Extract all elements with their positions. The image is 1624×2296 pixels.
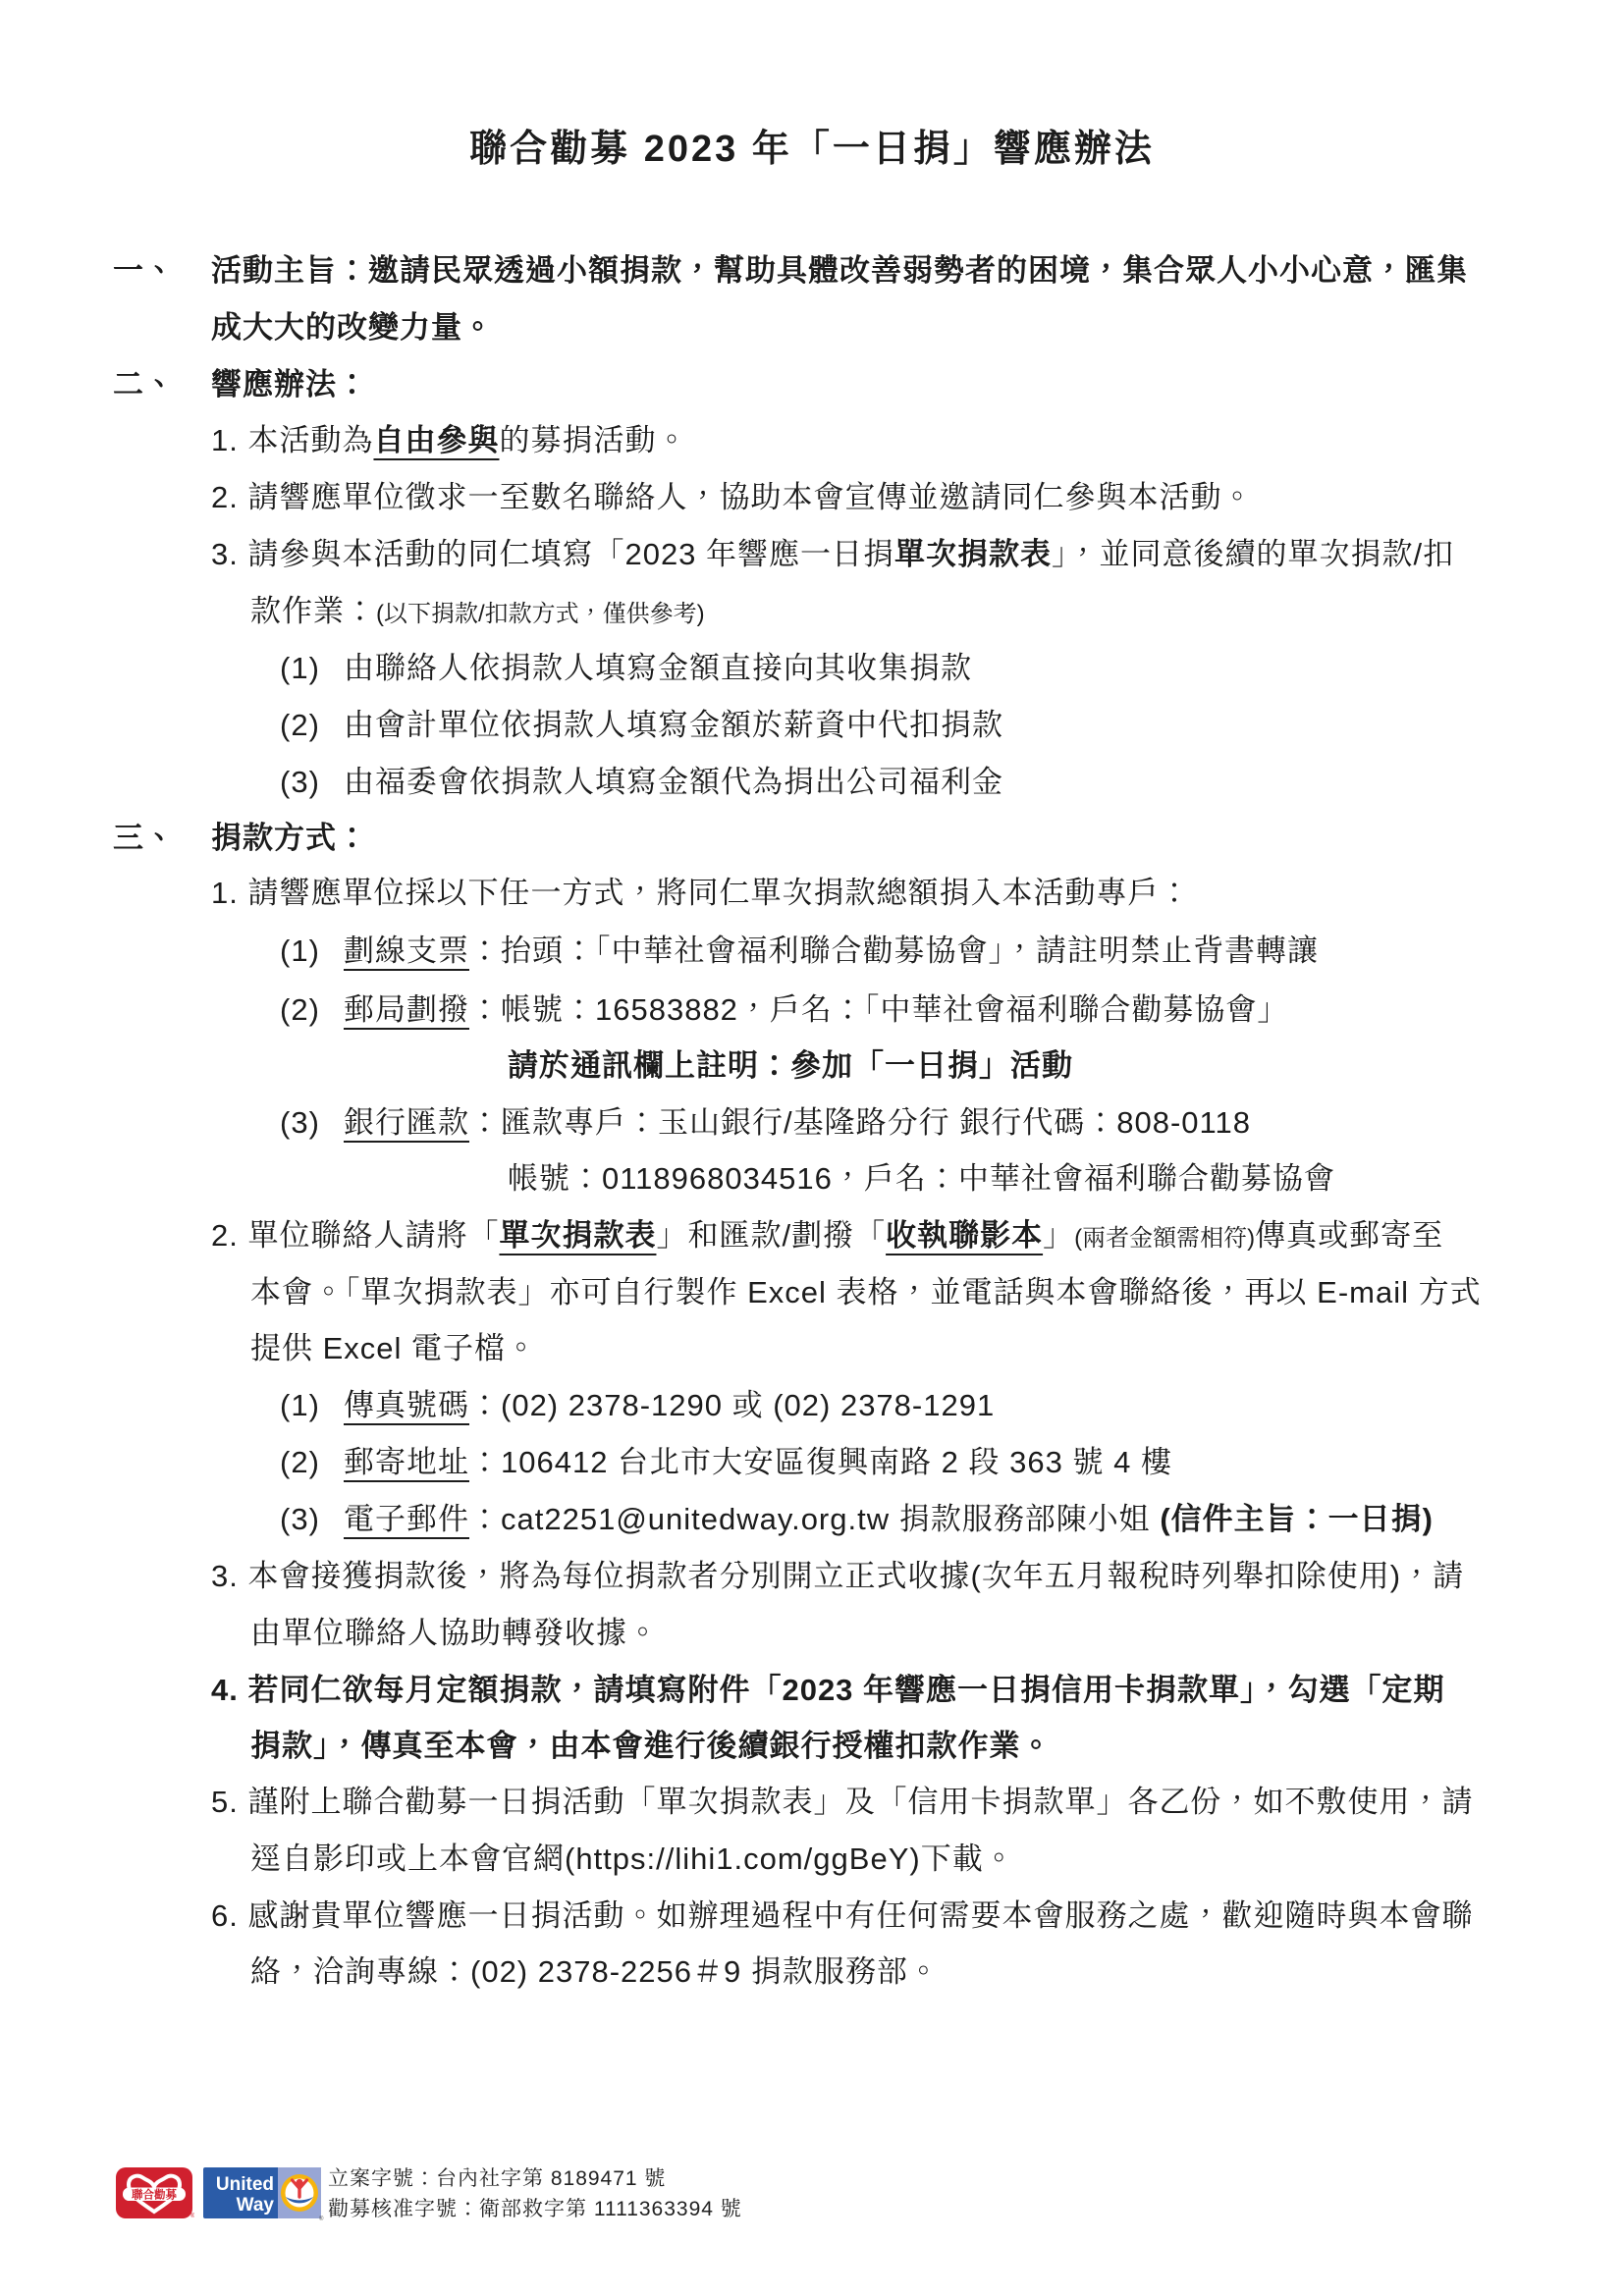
section2-subitem2: (2)由會計單位依捐款人填寫金額於薪資中代扣捐款 bbox=[280, 700, 1003, 744]
method1-number: (1) bbox=[280, 934, 344, 969]
section1-heading-line2: 成大大的改變力量。 bbox=[211, 302, 494, 347]
united-way-taiwan-heart-logo: 聯合勸募 ® bbox=[116, 2167, 194, 2219]
method2-label: 郵局劃撥 bbox=[344, 992, 469, 1027]
contact3-subject: (信件主旨：一日捐) bbox=[1160, 1502, 1434, 1536]
subitem2-number: (2) bbox=[280, 708, 344, 743]
section2-marker: 二、 bbox=[113, 359, 211, 403]
contact-email: (3)電子郵件：cat2251@unitedway.org.tw 捐款服務部陳小… bbox=[280, 1494, 1434, 1538]
section3-item6-line2: 絡，洽詢專線：(02) 2378-2256＃9 捐款服務部。 bbox=[250, 1947, 940, 1991]
contact3-label: 電子郵件 bbox=[344, 1502, 469, 1536]
contact-fax: (1)傳真號碼：(02) 2378-1290 或 (02) 2378-1291 bbox=[280, 1380, 995, 1424]
registered-mark-icon: ® bbox=[319, 2216, 324, 2221]
method1-label: 劃線支票 bbox=[344, 934, 469, 968]
subitem3-number: (3) bbox=[280, 765, 344, 800]
section2-item3-note: (以下捐款/扣款方式，僅供參考) bbox=[376, 601, 705, 627]
contact2-text: ：106412 台北市大安區復興南路 2 段 363 號 4 樓 bbox=[469, 1445, 1172, 1479]
section3-item6-line1: 6. 感謝貴單位響應一日捐活動。如辦理過程中有任何需要本會服務之處，歡迎隨時與本… bbox=[211, 1891, 1473, 1935]
contact2-label: 郵寄地址 bbox=[344, 1445, 469, 1479]
section2-heading-line: 二、響應辦法： bbox=[113, 359, 368, 403]
red-logo-label: 聯合勸募 bbox=[132, 2188, 177, 2202]
method3-label: 銀行匯款 bbox=[344, 1105, 469, 1140]
section1-heading: 活動主旨：邀請民眾透過小額捐款，幫助具體改善弱勢者的困境，集合眾人小小心意，匯集 bbox=[211, 253, 1468, 288]
section2-item3-post: 」，並同意後續的單次捐款/扣 bbox=[1052, 537, 1454, 571]
section3-heading: 捐款方式： bbox=[211, 821, 368, 855]
document-page: 聯合勸募 2023 年「一日捐」響應辦法 一、活動主旨：邀請民眾透過小額捐款，幫… bbox=[0, 0, 1624, 2296]
united-way-word2: Way bbox=[237, 2195, 275, 2216]
method2-text: ：帳號：16583882，戶名：「中華社會福利聯合勸募協會」 bbox=[469, 992, 1288, 1027]
contact3-number: (3) bbox=[280, 1502, 344, 1537]
section3-marker: 三、 bbox=[113, 813, 211, 857]
contact1-text: ：(02) 2378-1290 或 (02) 2378-1291 bbox=[469, 1388, 995, 1422]
item2-emphasis2: 收執聯影本 bbox=[886, 1218, 1043, 1253]
contact1-number: (1) bbox=[280, 1388, 344, 1423]
contact-mail: (2)郵寄地址：106412 台北市大安區復興南路 2 段 363 號 4 樓 bbox=[280, 1437, 1172, 1481]
section2-heading: 響應辦法： bbox=[211, 367, 368, 401]
section3-item2-line2: 本會。「單次捐款表」亦可自行製作 Excel 表格，並電話與本會聯絡後，再以 E… bbox=[250, 1267, 1482, 1311]
section2-subitem3: (3)由福委會依捐款人填寫金額代為捐出公司福利金 bbox=[280, 757, 1003, 801]
item2-post: 傳真或郵寄至 bbox=[1255, 1218, 1443, 1253]
section3-item3-line2: 由單位聯絡人協助轉發收據。 bbox=[250, 1608, 659, 1652]
section3-item2-line1: 2. 單位聯絡人請將「單次捐款表」和匯款/劃撥「收執聯影本」(兩者金額需相符)傳… bbox=[211, 1210, 1443, 1255]
section3-item4-line2: 捐款」，傳真至本會，由本會進行後續銀行授權扣款作業。 bbox=[250, 1721, 1053, 1765]
subitem2-text: 由會計單位依捐款人填寫金額於薪資中代扣捐款 bbox=[344, 708, 1003, 742]
payment-method-check: (1)劃線支票：抬頭：「中華社會福利聯合勸募協會」，請註明禁止背書轉讓 bbox=[280, 926, 1319, 970]
section3-item4-line1: 4. 若同仁欲每月定額捐款，請填寫附件「2023 年響應一日捐信用卡捐款單」，勾… bbox=[211, 1665, 1445, 1709]
section2-item3-line1: 3. 請參與本活動的同仁填寫「2023 年響應一日捐單次捐款表」，並同意後續的單… bbox=[211, 529, 1454, 573]
section2-item1-emphasis: 自由參與 bbox=[373, 423, 499, 457]
contact2-number: (2) bbox=[280, 1445, 344, 1480]
method2-number: (2) bbox=[280, 992, 344, 1028]
contact1-label: 傳真號碼 bbox=[344, 1388, 469, 1422]
section3-item1: 1. 請響應單位採以下任一方式，將同仁單次捐款總額捐入本活動專戶： bbox=[211, 868, 1190, 912]
payment-method-post-note: 請於通訊欄上註明：參加「一日捐」活動 bbox=[508, 1041, 1073, 1085]
registered-mark-icon: ® bbox=[190, 2213, 194, 2219]
registration-line1: 立案字號：台內社字第 8189471 號 bbox=[328, 2163, 742, 2194]
contact3-text: ：cat2251@unitedway.org.tw 捐款服務部陳小姐 bbox=[469, 1502, 1160, 1536]
section2-item3-cont: 款作業： bbox=[250, 594, 376, 628]
united-way-logo: United Way ® bbox=[203, 2167, 325, 2221]
subitem1-number: (1) bbox=[280, 651, 344, 686]
payment-method-post: (2)郵局劃撥：帳號：16583882，戶名：「中華社會福利聯合勸募協會」 bbox=[280, 985, 1288, 1029]
section2-item3-line2: 款作業：(以下捐款/扣款方式，僅供參考) bbox=[250, 586, 705, 630]
subitem1-text: 由聯絡人依捐款人填寫金額直接向其收集捐款 bbox=[344, 651, 972, 685]
item2-mid1: 」和匯款/劃撥「 bbox=[656, 1218, 886, 1253]
section3-heading-line: 三、捐款方式： bbox=[113, 813, 368, 857]
section1-heading-line1: 一、活動主旨：邀請民眾透過小額捐款，幫助具體改善弱勢者的困境，集合眾人小小心意，… bbox=[113, 245, 1468, 290]
item2-note: (兩者金額需相符) bbox=[1074, 1225, 1255, 1252]
section2-subitem1: (1)由聯絡人依捐款人填寫金額直接向其收集捐款 bbox=[280, 643, 972, 687]
section2-item3-pre: 3. 請參與本活動的同仁填寫「2023 年響應一日捐 bbox=[211, 537, 894, 571]
section2-item1: 1. 本活動為自由參與的募捐活動。 bbox=[211, 415, 687, 459]
registration-line2: 勸募核准字號：衛部救字第 1111363394 號 bbox=[328, 2194, 742, 2224]
item2-pre: 2. 單位聯絡人請將「 bbox=[211, 1218, 499, 1253]
method3-number: (3) bbox=[280, 1105, 344, 1141]
subitem3-text: 由福委會依捐款人填寫金額代為捐出公司福利金 bbox=[344, 765, 1003, 799]
item2-emphasis1: 單次捐款表 bbox=[499, 1218, 656, 1253]
registration-numbers: 立案字號：台內社字第 8189471 號 勸募核准字號：衛部救字第 111136… bbox=[328, 2163, 742, 2224]
section2-item2: 2. 請響應單位徵求一至數名聯絡人，協助本會宣傳並邀請同仁參與本活動。 bbox=[211, 472, 1253, 516]
payment-method-bank-account: 帳號：0118968034516，戶名：中華社會福利聯合勸募協會 bbox=[508, 1153, 1335, 1198]
section2-item1-post: 的募捐活動。 bbox=[499, 423, 687, 457]
section3-item5-line2: 逕自影印或上本會官網(https://lihi1.com/ggBeY)下載。 bbox=[250, 1834, 1015, 1878]
section3-item5-line1: 5. 謹附上聯合勸募一日捐活動「單次捐款表」及「信用卡捐款單」各乙份，如不敷使用… bbox=[211, 1777, 1473, 1821]
payment-method-bank: (3)銀行匯款：匯款專戶：玉山銀行/基隆路分行 銀行代碼：808-0118 bbox=[280, 1097, 1251, 1142]
item2-mid2: 」 bbox=[1043, 1218, 1074, 1253]
page-title: 聯合勸募 2023 年「一日捐」響應辦法 bbox=[0, 118, 1624, 172]
method3-text: ：匯款專戶：玉山銀行/基隆路分行 銀行代碼：808-0118 bbox=[469, 1105, 1251, 1140]
section2-item1-pre: 1. 本活動為 bbox=[211, 423, 373, 457]
section1-marker: 一、 bbox=[113, 245, 211, 290]
section3-item3-line1: 3. 本會接獲捐款後，將為每位捐款者分別開立正式收據(次年五月報稅時列舉扣除使用… bbox=[211, 1551, 1464, 1595]
section3-item2-line3: 提供 Excel 電子檔。 bbox=[250, 1323, 537, 1367]
united-way-word1: United bbox=[216, 2174, 274, 2195]
section2-item3-emphasis: 單次捐款表 bbox=[894, 537, 1052, 571]
method1-text: ：抬頭：「中華社會福利聯合勸募協會」，請註明禁止背書轉讓 bbox=[469, 934, 1319, 968]
